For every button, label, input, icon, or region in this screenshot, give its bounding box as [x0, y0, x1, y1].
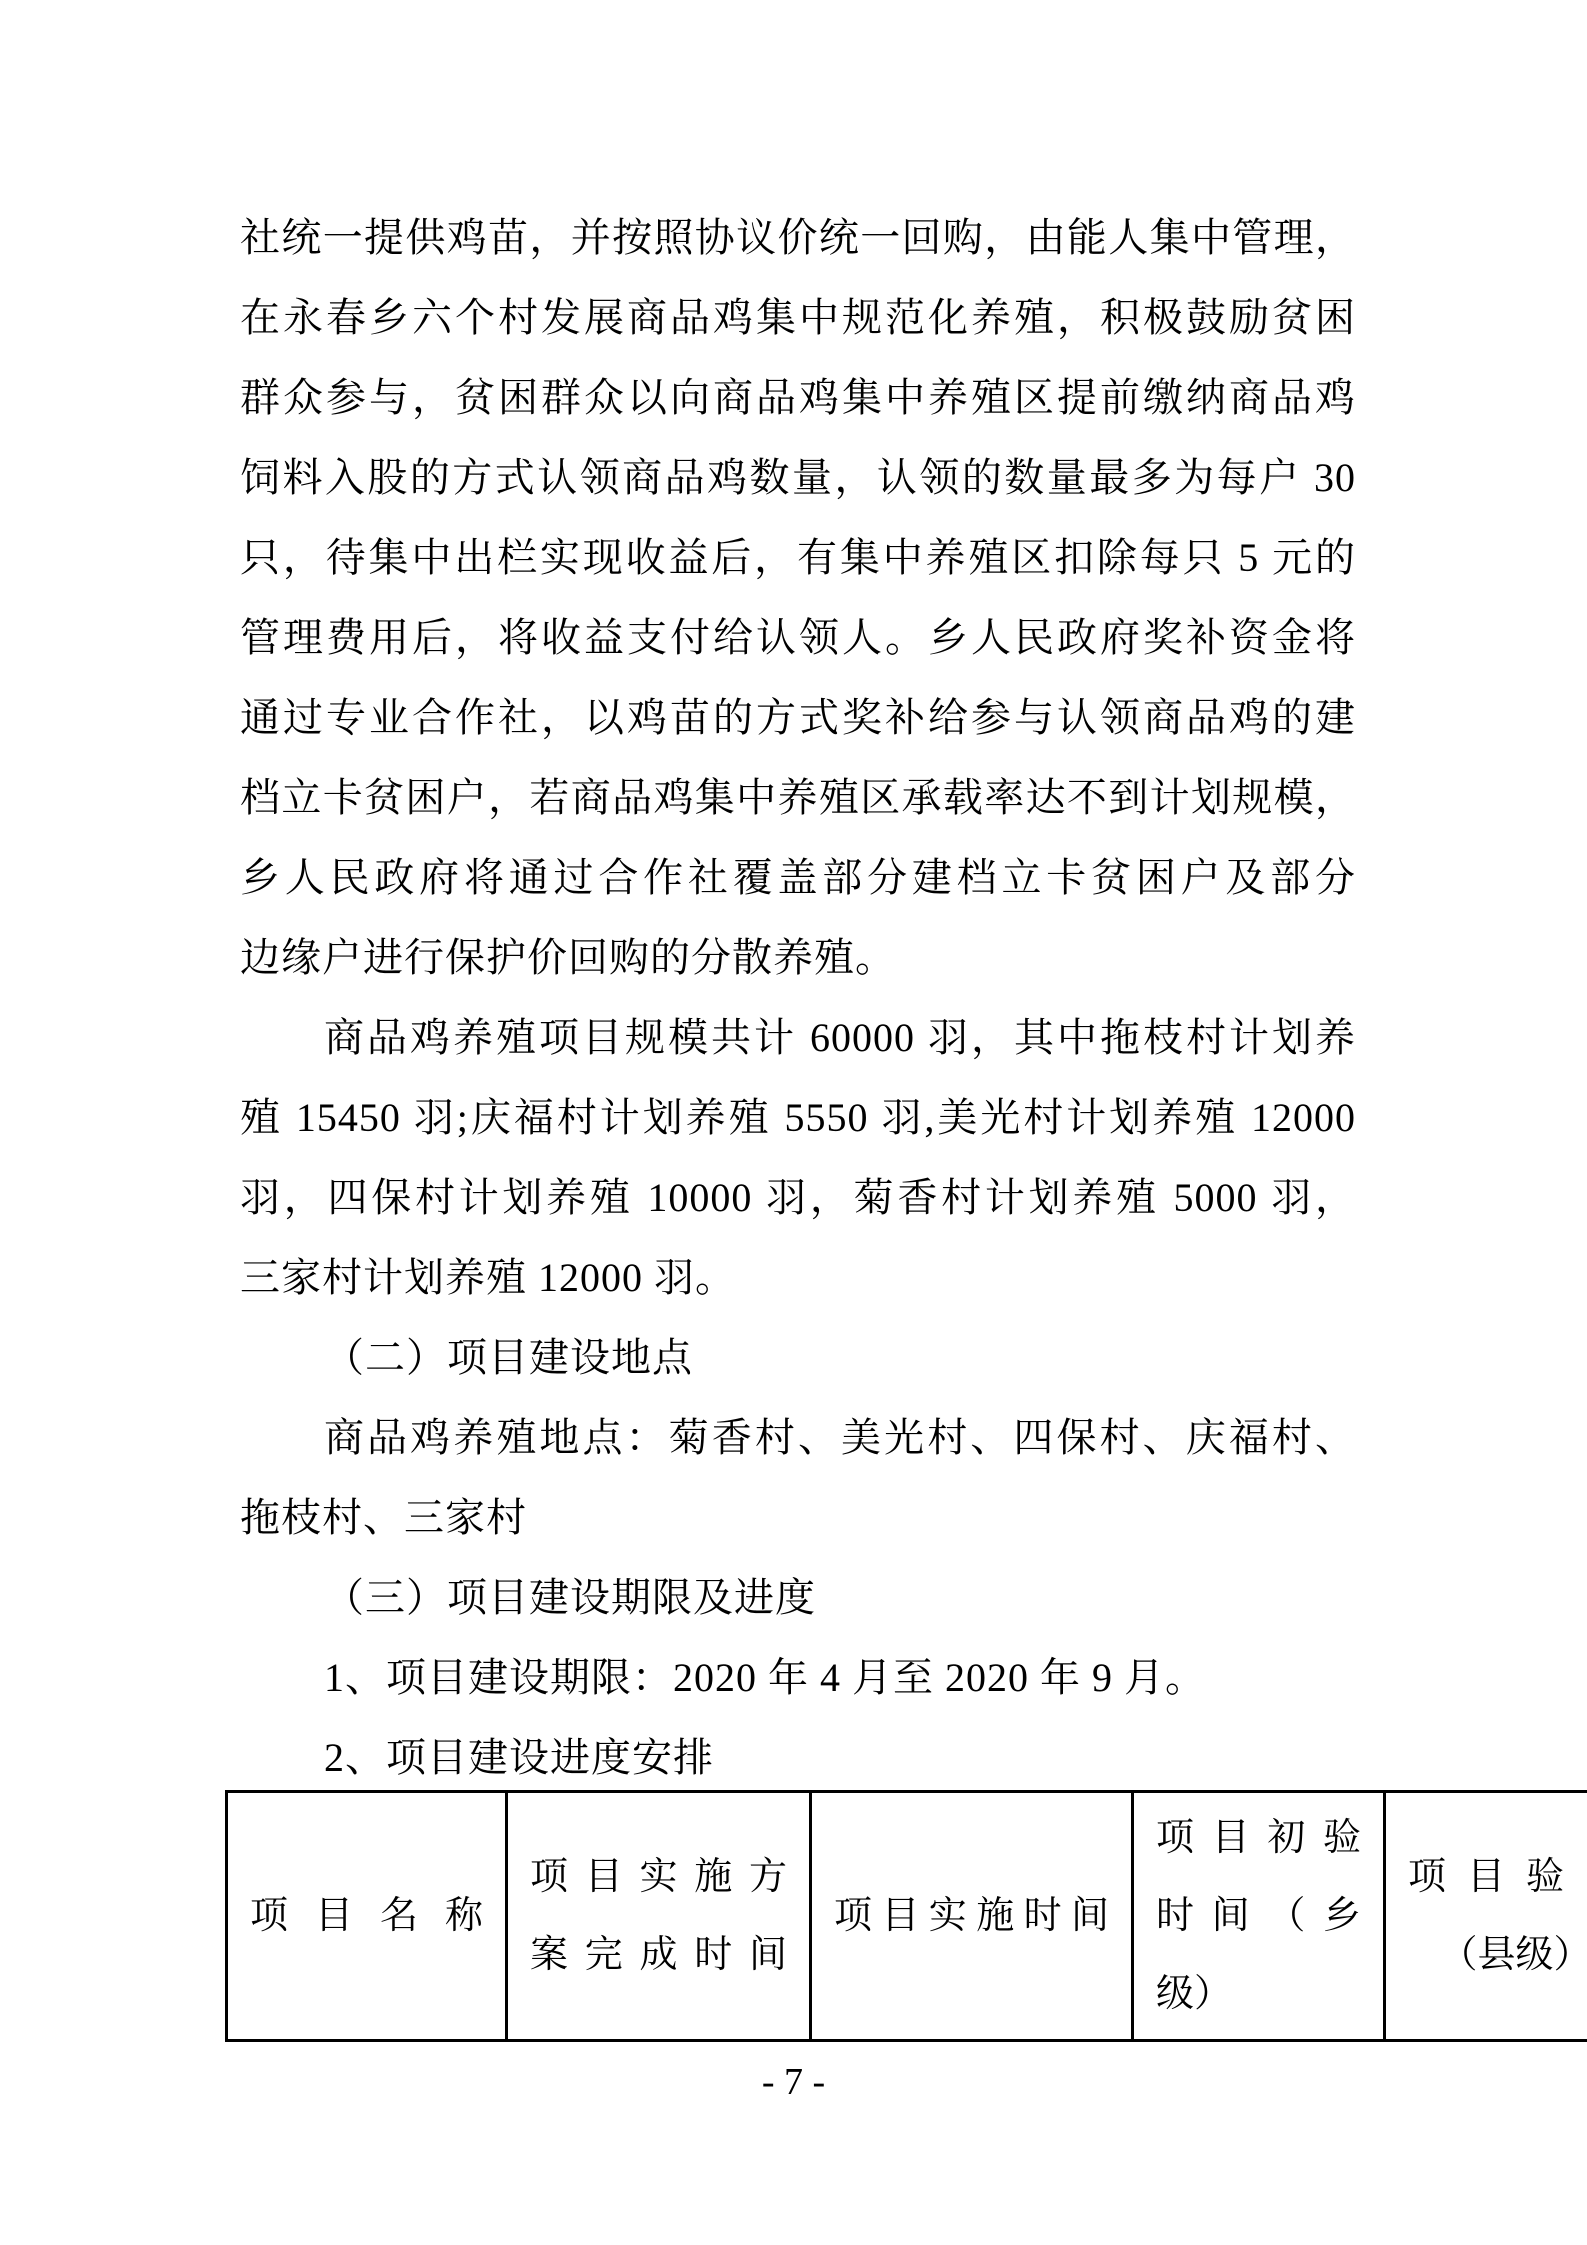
body-text: 社统一提供鸡苗，并按照协议价统一回购，由能人集中管理，在永春乡六个村发展商品鸡集…	[240, 198, 1356, 1798]
text-line: 乡人民政府将通过合作社覆盖部分建档立卡贫困户及部分	[240, 838, 1356, 918]
text-line: 1、项目建设期限：2020 年 4 月至 2020 年 9 月。	[240, 1638, 1356, 1718]
table-cell-line: 项目实施时间	[834, 1877, 1109, 1955]
table-cell-line: 项目初验	[1156, 1799, 1361, 1877]
table-header-cell-project-name: 项目名称	[227, 1792, 507, 2041]
document-page: 社统一提供鸡苗，并按照协议价统一回购，由能人集中管理，在永春乡六个村发展商品鸡集…	[0, 0, 1587, 2245]
table-cell-line: 时间（乡	[1156, 1877, 1361, 1955]
table-cell-line: 项目名称	[250, 1877, 483, 1955]
text-line: 边缘户进行保护价回购的分散养殖。	[240, 918, 1356, 998]
text-line: 羽，四保村计划养殖 10000 羽，菊香村计划养殖 5000 羽，	[240, 1158, 1356, 1238]
text-line: 殖 15450 羽;庆福村计划养殖 5550 羽,美光村计划养殖 12000	[240, 1078, 1356, 1158]
text-line: 在永春乡六个村发展商品鸡集中规范化养殖，积极鼓励贫困	[240, 278, 1356, 358]
text-line: （三）项目建设期限及进度	[240, 1558, 1356, 1638]
table-header-cell-plan-completion-time: 项目实施方案完成时间	[507, 1792, 811, 2041]
table-header-cell-final-acceptance: 项目验收（县级）	[1385, 1792, 1587, 2041]
text-line: 群众参与，贫困群众以向商品鸡集中养殖区提前缴纳商品鸡	[240, 358, 1356, 438]
text-line: 2、项目建设进度安排	[240, 1718, 1356, 1798]
project-schedule-table: 项目名称项目实施方案完成时间项目实施时间项目初验时间（乡级）项目验收（县级）	[225, 1790, 1587, 2042]
text-line: 商品鸡养殖地点：菊香村、美光村、四保村、庆福村、	[240, 1398, 1356, 1478]
table-cell-line: 级）	[1156, 1955, 1361, 2033]
text-line: 三家村计划养殖 12000 羽。	[240, 1238, 1356, 1318]
text-line: 管理费用后，将收益支付给认领人。乡人民政府奖补资金将	[240, 598, 1356, 678]
text-line: 商品鸡养殖项目规模共计 60000 羽，其中拖枝村计划养	[240, 998, 1356, 1078]
table-header-row: 项目名称项目实施方案完成时间项目实施时间项目初验时间（乡级）项目验收（县级）	[227, 1792, 1587, 2041]
text-line: 拖枝村、三家村	[240, 1478, 1356, 1558]
table-header-cell-initial-inspection-time: 项目初验时间（乡级）	[1133, 1792, 1385, 2041]
text-line: 社统一提供鸡苗，并按照协议价统一回购，由能人集中管理，	[240, 198, 1356, 278]
text-line: 饲料入股的方式认领商品鸡数量，认领的数量最多为每户 30	[240, 438, 1356, 518]
table-cell-line: 项目验收	[1408, 1838, 1587, 1916]
text-line: 档立卡贫困户，若商品鸡集中养殖区承载率达不到计划规模，	[240, 758, 1356, 838]
text-line: （二）项目建设地点	[240, 1318, 1356, 1398]
text-line: 只，待集中出栏实现收益后，有集中养殖区扣除每只 5 元的	[240, 518, 1356, 598]
page-number: - 7 -	[0, 2052, 1587, 2112]
text-line: 通过专业合作社，以鸡苗的方式奖补给参与认领商品鸡的建	[240, 678, 1356, 758]
table-cell-line: （县级）	[1408, 1916, 1587, 1994]
table-cell-line: 案完成时间	[530, 1916, 787, 1994]
table-cell-line: 项目实施方	[530, 1838, 787, 1916]
table-header-cell-implementation-time: 项目实施时间	[811, 1792, 1133, 2041]
